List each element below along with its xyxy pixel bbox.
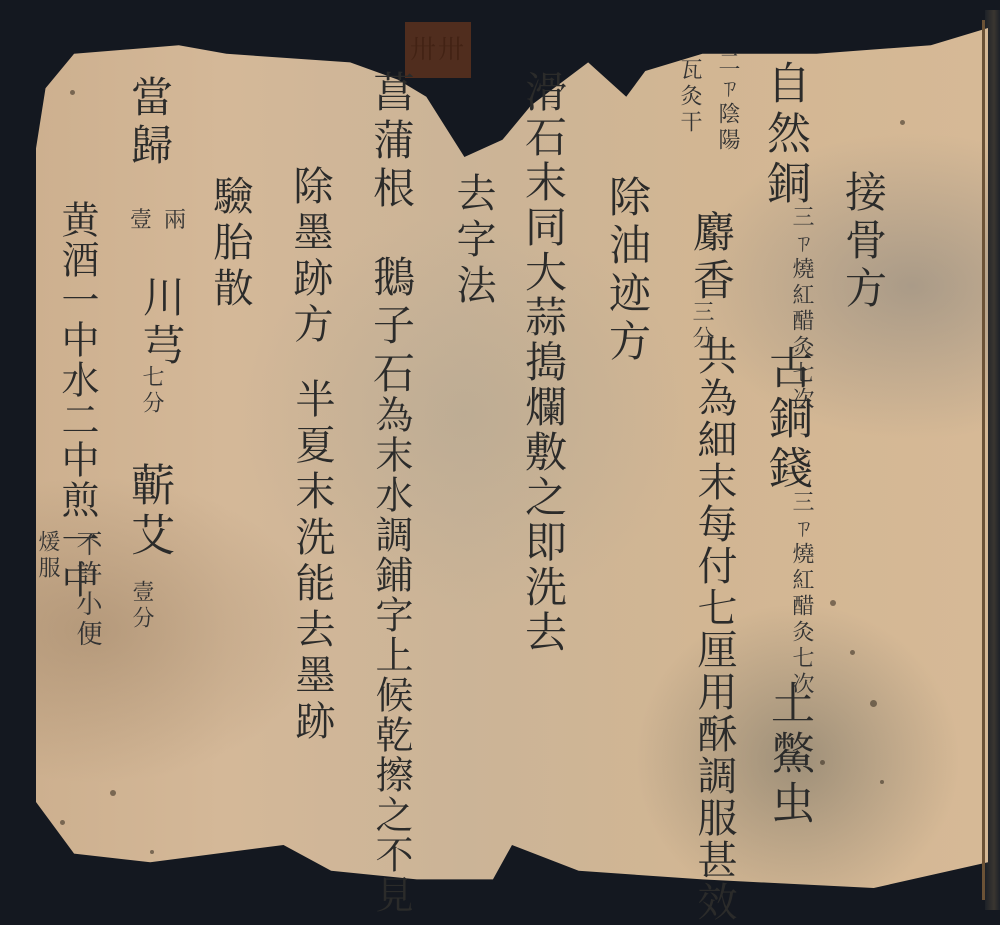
stain xyxy=(850,650,855,655)
stain xyxy=(70,90,75,95)
section-title-oil-stain: 除油迹方 xyxy=(606,175,648,367)
ingredient-note: 壹分 xyxy=(130,580,152,632)
stain xyxy=(830,600,836,606)
ingredient-ligusticum: 川芎 xyxy=(140,275,182,371)
oil-stain-remedy: 滑石末同大蒜搗爛敷之即洗去 xyxy=(522,70,564,655)
stain xyxy=(150,850,154,854)
stain xyxy=(820,760,825,765)
ingredient-old-copper-coin: 古銅錢 xyxy=(764,345,808,495)
ingredient-note: 壹兩 xyxy=(130,210,198,232)
ingredient-note: 二ㄗ陰陽 xyxy=(716,50,738,154)
ingredient-note: 三ㄗ燒紅醋灸七次 xyxy=(790,490,812,698)
stain xyxy=(110,790,116,796)
ingredient-angelica: 當歸 xyxy=(128,75,170,171)
preparation-instructions: 共為細末每付七厘用酥調服甚效 xyxy=(694,335,734,923)
stain xyxy=(870,700,877,707)
section-title-pregnancy-test-powder: 驗胎散 xyxy=(210,175,250,313)
stain xyxy=(900,120,905,125)
ingredient-note: 七分 xyxy=(140,365,162,417)
decoction-restriction: 不許小便 xyxy=(74,530,100,650)
stain xyxy=(880,780,884,784)
ingredient-musk: 麝香 xyxy=(690,210,732,306)
ingredient-calamus-root: 菖蒲根 xyxy=(370,70,412,214)
dosage-note: 煖服 xyxy=(36,530,58,582)
remove-writing-instructions: 為末水調鋪字上候乾擦之不見 xyxy=(372,395,410,915)
ingredient-pebble: 鵝子石 xyxy=(370,255,412,399)
ink-stain-remedy: 半夏末洗能去墨跡 xyxy=(292,378,332,746)
ingredient-ground-beetle: 土鱉虫 xyxy=(766,680,810,830)
ingredient-natural-copper: 自然銅 xyxy=(762,60,806,210)
section-title-ink-stain: 除墨跡方 xyxy=(290,165,330,349)
section-title-bone-setting: 接骨方 xyxy=(842,170,884,314)
binding-line xyxy=(982,20,985,900)
stain xyxy=(60,820,65,825)
section-title-remove-writing: 去字法 xyxy=(453,172,493,310)
manuscript-page xyxy=(36,28,988,888)
ingredient-mugwort: 蘄艾 xyxy=(126,462,170,562)
ingredient-note: 瓦灸干 xyxy=(678,58,700,136)
